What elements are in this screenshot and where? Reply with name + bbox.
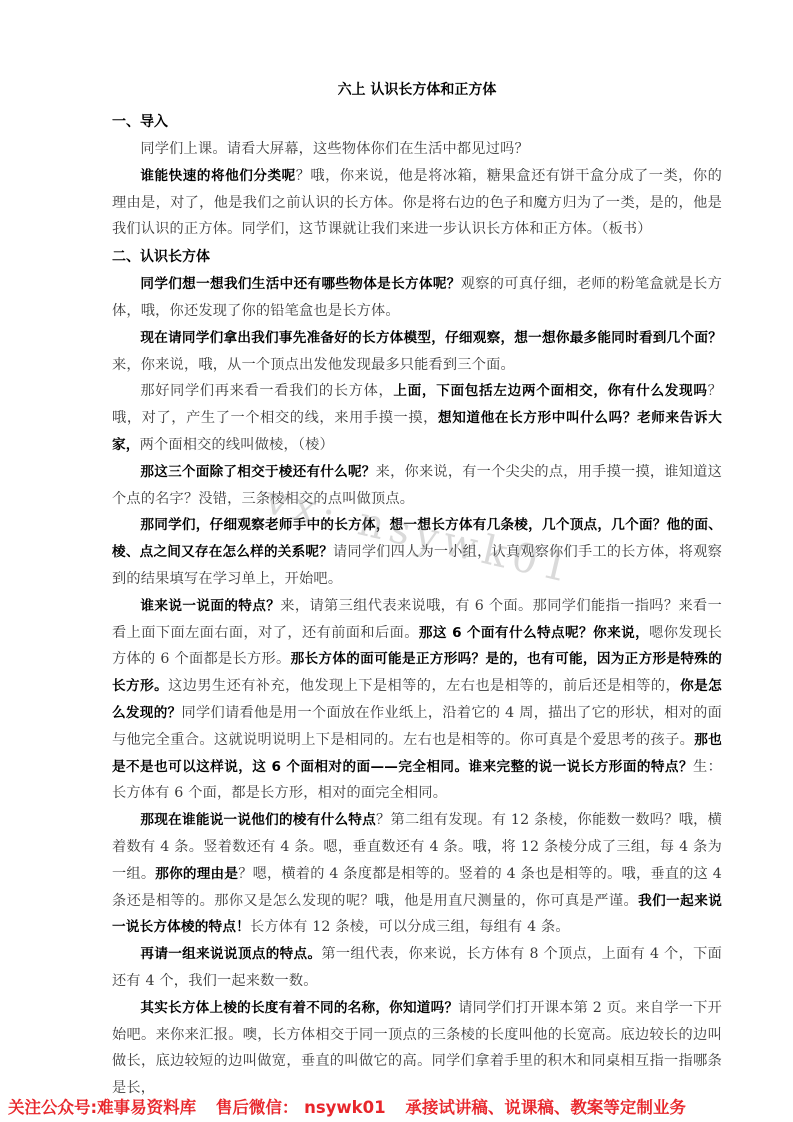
paragraph: 其实长方体上棱的长度有着不同的名称，你知道吗？请同学们打开课本第 2 页。来自学…: [112, 995, 722, 1102]
bold-text-run: 那这 6 个面有什么特点呢？你来说，: [419, 625, 649, 641]
paragraph: 那这三个面除了相交于棱还有什么呢？来，你来说，有一个尖尖的点，用手摸一摸，谁知道…: [112, 459, 722, 513]
footer-services: 承接试讲稿、说课稿、教案等定制业务: [405, 1098, 686, 1117]
paragraph: 那同学们，仔细观察老师手中的长方体，想一想长方体有几条棱，几个顶点，几个面？他的…: [112, 512, 722, 592]
text-run: 两个面相交的线叫做棱，（棱）: [140, 437, 334, 453]
paragraph: 再请一组来说说顶点的特点。第一组代表，你来说，长方体有 8 个顶点，上面有 4 …: [112, 941, 722, 995]
text-run: 同学们上课。请看大屏幕，这些物体你们在生活中都见过吗？: [140, 141, 528, 157]
bold-text-run: 再请一组来说说顶点的特点。: [140, 946, 321, 962]
section-heading: 二、认识长方体: [112, 243, 722, 271]
paragraph: 那好同学们再来看一看我们的长方体，上面，下面包括左边两个面相交，你有什么发现吗？…: [112, 378, 722, 458]
bold-text-run: 其实长方体上棱的长度有着不同的名称，你知道吗？: [140, 1000, 458, 1016]
document-page: 六上 认识长方体和正方体 一、导入 同学们上课。请看大屏幕，这些物体你们在生活中…: [112, 80, 722, 1102]
document-title: 六上 认识长方体和正方体: [112, 80, 722, 100]
paragraph: 谁能快速的将他们分类呢？哦，你来说，他是将冰箱，糖果盒还有饼干盒分成了一类，你的…: [112, 163, 722, 243]
paragraph: 现在请同学们拿出我们事先准备好的长方体模型，仔细观察，想一想你最多能同时看到几个…: [112, 325, 722, 379]
section-heading: 一、导入: [112, 108, 722, 136]
text-run: 长方体有 12 条棱，可以分成三组，每组有 4 条。: [250, 919, 570, 935]
paragraph: 同学们想一想我们生活中还有哪些物体是长方体呢？观察的可真仔细，老师的粉笔盒就是长…: [112, 271, 722, 325]
bold-text-run: 现在请同学们拿出我们事先准备好的长方体模型，仔细观察，想一想你最多能同时看到几个…: [140, 330, 722, 346]
section-intro: 一、导入 同学们上课。请看大屏幕，这些物体你们在生活中都见过吗？谁能快速的将他们…: [112, 108, 722, 243]
text-run: 同学们请看他是用一个面放在作业纸上，沿着它的 4 周，描出了它的形状，相对的面与…: [112, 705, 722, 748]
section-cuboid: 二、认识长方体 同学们想一想我们生活中还有哪些物体是长方体呢？观察的可真仔细，老…: [112, 243, 722, 1102]
paragraph: 同学们上课。请看大屏幕，这些物体你们在生活中都见过吗？: [112, 136, 722, 163]
footer-wechat-account: 关注公众号:难事易资料库: [8, 1098, 196, 1117]
bold-text-run: 谁能快速的将他们分类呢: [140, 168, 295, 184]
paragraph: 谁来说一说面的特点？来，请第三组代表来说哦，有 6 个面。那同学们能指一指吗？来…: [112, 593, 722, 807]
footer-banner: 关注公众号:难事易资料库 售后微信： nsywk01 承接试讲稿、说课稿、教案等…: [8, 1094, 788, 1118]
text-run: 来，你来说，哦，从一个顶点出发他发现最多只能看到三个面。: [112, 357, 515, 373]
bold-text-run: 那你的理由是: [155, 866, 238, 882]
bold-text-run: 谁来说一说面的特点？: [140, 598, 280, 614]
text-run: 这边男生还有补充，他发现上下是相等的，左右也是相等的，前后还是相等的，: [168, 678, 680, 694]
text-run: 那好同学们再来看一看我们的长方体，: [140, 383, 393, 399]
footer-contact: 售后微信： nsywk01: [216, 1098, 386, 1117]
bold-text-run: 同学们想一想我们生活中还有哪些物体是长方体呢？: [140, 276, 460, 292]
paragraph: 那现在谁能说一说他们的棱有什么特点？第二组有发现。有 12 条棱，你能数一数吗？…: [112, 807, 722, 941]
bold-text-run: 上面，下面包括左边两个面相交，你有什么发现吗: [393, 383, 707, 399]
bold-text-run: 那现在谁能说一说他们的棱有什么特点: [140, 812, 376, 828]
bold-text-run: 那这三个面除了相交于棱还有什么呢？: [140, 464, 375, 480]
